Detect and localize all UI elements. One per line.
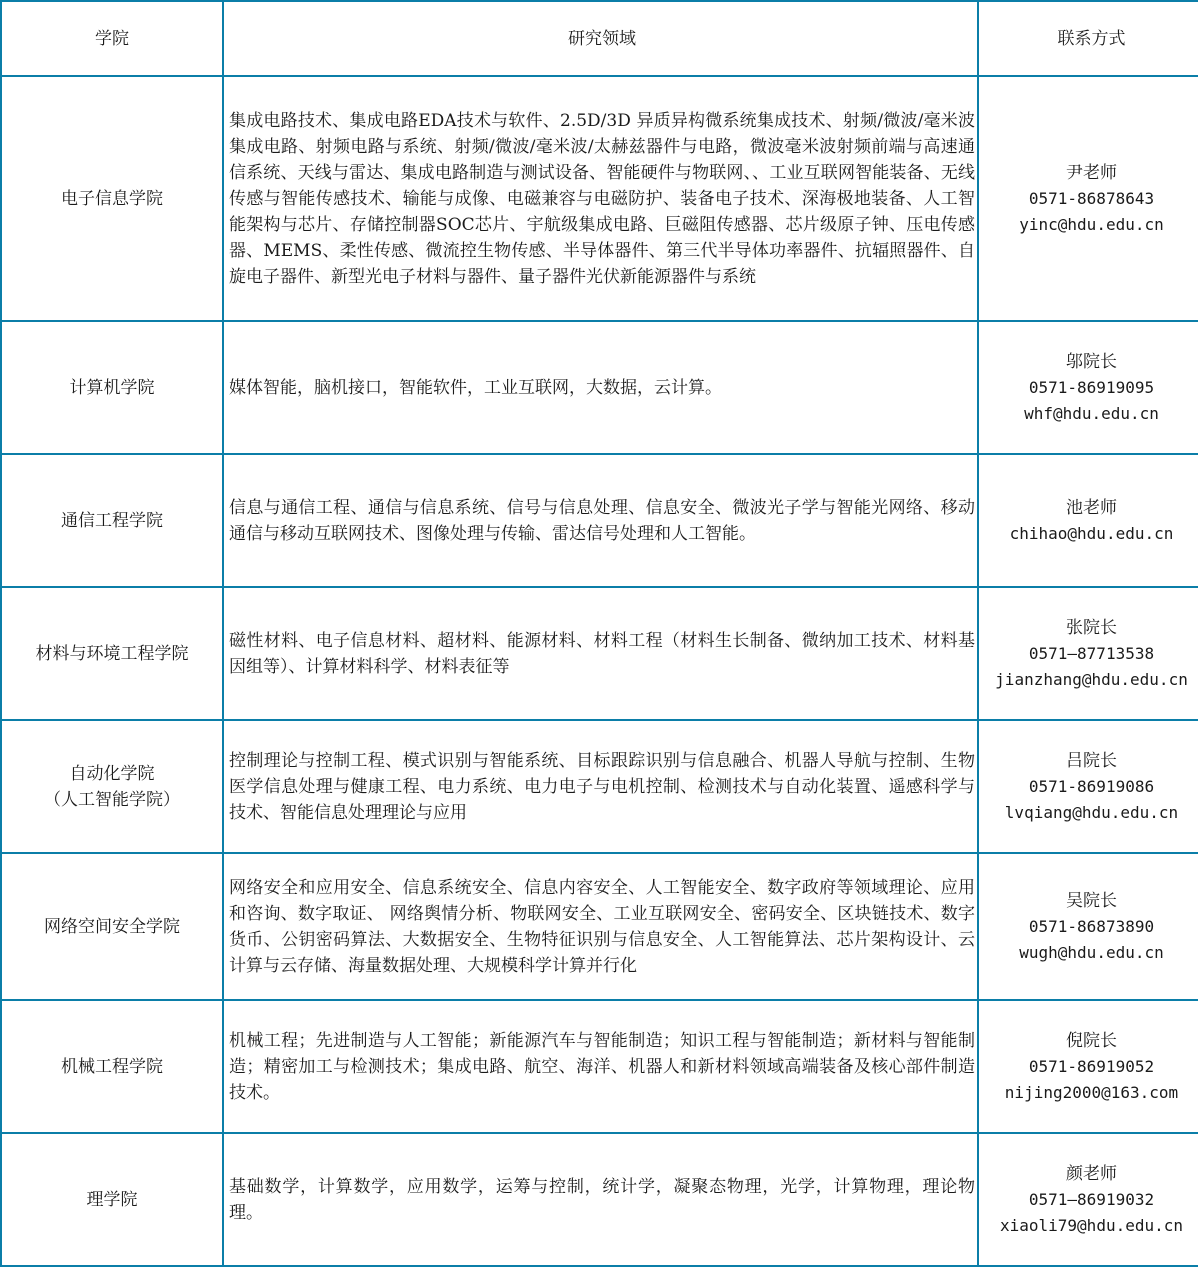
table-row: 机械工程学院机械工程；先进制造与人工智能；新能源汽车与智能制造；知识工程与智能制…: [1, 1000, 1198, 1133]
table-row: 通信工程学院信息与通信工程、通信与信息系统、信号与信息处理、信息安全、微波光子学…: [1, 454, 1198, 587]
college-name: 自动化学院: [2, 761, 222, 787]
contact-cell: 尹老师0571-86878643yinc@hdu.edu.cn: [978, 76, 1198, 321]
table-row: 电子信息学院集成电路技术、集成电路EDA技术与软件、2.5D/3D 异质异构微系…: [1, 76, 1198, 321]
table-row: 理学院基础数学，计算数学，应用数学，运筹与控制，统计学，凝聚态物理，光学，计算物…: [1, 1133, 1198, 1266]
contact-cell: 倪院长0571-86919052nijing2000@163.com: [978, 1000, 1198, 1133]
contact-phone: 0571-86919052: [979, 1054, 1198, 1080]
college-cell: 材料与环境工程学院: [1, 587, 223, 720]
contact-name: 尹老师: [979, 160, 1198, 186]
contact-name: 吴院长: [979, 888, 1198, 914]
contact-name: 吕院长: [979, 748, 1198, 774]
contact-name: 张院长: [979, 615, 1198, 641]
college-name: 通信工程学院: [2, 508, 222, 534]
college-name: 理学院: [2, 1187, 222, 1213]
header-college: 学院: [1, 1, 223, 76]
header-research-field: 研究领域: [223, 1, 978, 76]
research-field-cell: 集成电路技术、集成电路EDA技术与软件、2.5D/3D 异质异构微系统集成技术、…: [223, 76, 978, 321]
contact-email[interactable]: yinc@hdu.edu.cn: [979, 212, 1198, 238]
table-row: 网络空间安全学院网络安全和应用安全、信息系统安全、信息内容安全、人工智能安全、数…: [1, 853, 1198, 1000]
research-field-cell: 媒体智能，脑机接口，智能软件，工业互联网，大数据，云计算。: [223, 321, 978, 454]
contact-name: 倪院长: [979, 1028, 1198, 1054]
contact-email[interactable]: jianzhang@hdu.edu.cn: [979, 667, 1198, 693]
research-field-cell: 基础数学，计算数学，应用数学，运筹与控制，统计学，凝聚态物理，光学，计算物理，理…: [223, 1133, 978, 1266]
contact-phone: 0571-86873890: [979, 914, 1198, 940]
contact-name: 颜老师: [979, 1161, 1198, 1187]
contact-phone: 0571—86919032: [979, 1187, 1198, 1213]
college-name: 计算机学院: [2, 375, 222, 401]
contact-email[interactable]: whf@hdu.edu.cn: [979, 401, 1198, 427]
table-row: 自动化学院（人工智能学院）控制理论与控制工程、模式识别与智能系统、目标跟踪识别与…: [1, 720, 1198, 853]
contact-cell: 颜老师0571—86919032xiaoli79@hdu.edu.cn: [978, 1133, 1198, 1266]
college-name: 网络空间安全学院: [2, 914, 222, 940]
research-field-cell: 机械工程；先进制造与人工智能；新能源汽车与智能制造；知识工程与智能制造；新材料与…: [223, 1000, 978, 1133]
college-cell: 通信工程学院: [1, 454, 223, 587]
college-cell: 自动化学院（人工智能学院）: [1, 720, 223, 853]
contact-email[interactable]: nijing2000@163.com: [979, 1080, 1198, 1106]
research-field-cell: 控制理论与控制工程、模式识别与智能系统、目标跟踪识别与信息融合、机器人导航与控制…: [223, 720, 978, 853]
research-field-cell: 信息与通信工程、通信与信息系统、信号与信息处理、信息安全、微波光子学与智能光网络…: [223, 454, 978, 587]
contact-phone: 0571-86919086: [979, 774, 1198, 800]
college-name: （人工智能学院）: [2, 787, 222, 813]
college-cell: 网络空间安全学院: [1, 853, 223, 1000]
contact-email[interactable]: lvqiang@hdu.edu.cn: [979, 800, 1198, 826]
contact-phone: 0571—87713538: [979, 641, 1198, 667]
contact-email[interactable]: chihao@hdu.edu.cn: [979, 521, 1198, 547]
college-research-table: 学院 研究领域 联系方式 电子信息学院集成电路技术、集成电路EDA技术与软件、2…: [0, 0, 1198, 1267]
college-name: 机械工程学院: [2, 1054, 222, 1080]
contact-cell: 张院长0571—87713538jianzhang@hdu.edu.cn: [978, 587, 1198, 720]
contact-cell: 池老师chihao@hdu.edu.cn: [978, 454, 1198, 587]
college-name: 材料与环境工程学院: [2, 641, 222, 667]
contact-email[interactable]: wugh@hdu.edu.cn: [979, 940, 1198, 966]
contact-name: 邬院长: [979, 349, 1198, 375]
contact-phone: 0571-86919095: [979, 375, 1198, 401]
contact-phone: 0571-86878643: [979, 186, 1198, 212]
college-cell: 电子信息学院: [1, 76, 223, 321]
contact-name: 池老师: [979, 495, 1198, 521]
contact-email[interactable]: xiaoli79@hdu.edu.cn: [979, 1213, 1198, 1239]
contact-cell: 吕院长0571-86919086lvqiang@hdu.edu.cn: [978, 720, 1198, 853]
college-cell: 机械工程学院: [1, 1000, 223, 1133]
contact-cell: 吴院长0571-86873890wugh@hdu.edu.cn: [978, 853, 1198, 1000]
college-cell: 理学院: [1, 1133, 223, 1266]
research-field-cell: 网络安全和应用安全、信息系统安全、信息内容安全、人工智能安全、数字政府等领域理论…: [223, 853, 978, 1000]
contact-cell: 邬院长0571-86919095whf@hdu.edu.cn: [978, 321, 1198, 454]
table-row: 计算机学院媒体智能，脑机接口，智能软件，工业互联网，大数据，云计算。邬院长057…: [1, 321, 1198, 454]
table-body: 电子信息学院集成电路技术、集成电路EDA技术与软件、2.5D/3D 异质异构微系…: [1, 76, 1198, 1266]
college-name: 电子信息学院: [2, 186, 222, 212]
header-row: 学院 研究领域 联系方式: [1, 1, 1198, 76]
table-row: 材料与环境工程学院磁性材料、电子信息材料、超材料、能源材料、材料工程（材料生长制…: [1, 587, 1198, 720]
college-cell: 计算机学院: [1, 321, 223, 454]
header-contact: 联系方式: [978, 1, 1198, 76]
research-field-cell: 磁性材料、电子信息材料、超材料、能源材料、材料工程（材料生长制备、微纳加工技术、…: [223, 587, 978, 720]
